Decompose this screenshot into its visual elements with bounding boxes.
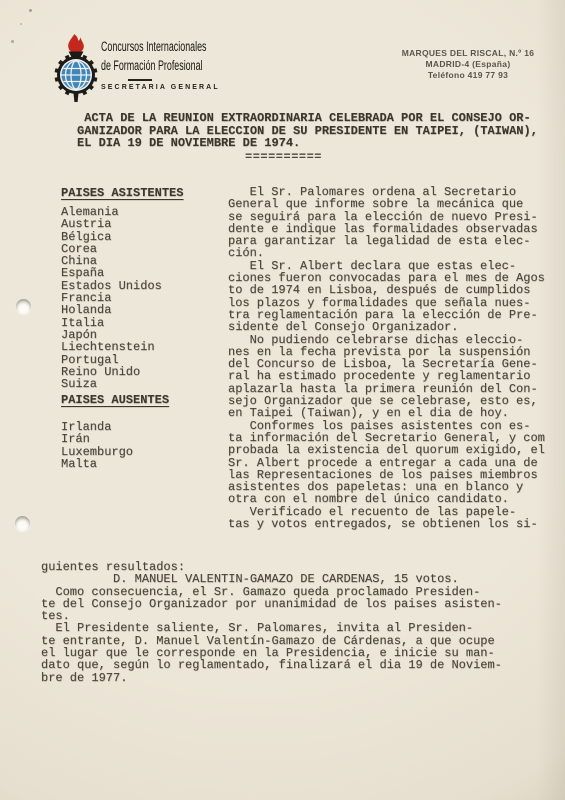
country-item: Suiza <box>61 378 183 390</box>
ink-speck <box>11 40 14 43</box>
org-name-line2: de Formación Profesional <box>101 56 180 75</box>
scanned-document-page: Concursos Internacionales de Formación P… <box>0 0 565 800</box>
secretariat-label: SECRETARIA GENERAL <box>101 84 221 91</box>
address-city: MADRID-4 (España) <box>384 59 552 70</box>
country-item: Portugal <box>61 354 183 366</box>
paragraph-mechanics: El Sr. Palomares ordena al Secretario Ge… <box>228 186 553 260</box>
title-text: ACTA DE LA REUNION EXTRAORDINARIA CELEBR… <box>41 112 538 150</box>
punch-hole-bottom <box>15 516 30 531</box>
letterhead-address: MARQUES DEL RISCAL, N.º 16 MADRID-4 (Esp… <box>384 48 552 80</box>
paragraph-count: Verificado el recuento de las papele- ta… <box>228 506 553 531</box>
letterhead-divider <box>128 79 152 81</box>
absentees-section: PAISES AUSENTES Irlanda Irán Luxemburgo … <box>61 393 169 470</box>
ink-speck <box>29 9 32 12</box>
absentees-heading: PAISES AUSENTES <box>61 393 169 407</box>
org-name: Concursos Internacionales de Formación P… <box>101 37 180 75</box>
title-separator: ========== <box>245 150 322 164</box>
country-item: Malta <box>61 458 169 470</box>
country-item: España <box>61 267 183 279</box>
absentees-list: Irlanda Irán Luxemburgo Malta <box>61 421 169 470</box>
torch-globe-gear-logo-icon <box>53 33 99 103</box>
paragraph-postponement: No pudiendo celebrarse dichas eleccio- n… <box>228 334 553 420</box>
punch-hole-top <box>16 299 31 314</box>
ink-speck <box>20 23 22 25</box>
body-bottom-section: guientes resultados: D. MANUEL VALENTIN-… <box>41 561 556 684</box>
attendees-list: Alemania Austria Bélgica Corea China Esp… <box>61 206 183 390</box>
country-item: Austria <box>61 218 183 230</box>
attendees-heading: PAISES ASISTENTES <box>61 186 183 200</box>
document-title: ACTA DE LA REUNION EXTRAORDINARIA CELEBR… <box>41 112 538 150</box>
org-name-line1: Concursos Internacionales <box>101 37 180 56</box>
country-item: Holanda <box>61 304 183 316</box>
country-item: Irán <box>61 433 169 445</box>
paragraph-ballots: Conformes los paises asistentes con es- … <box>228 420 553 506</box>
votes-result-line: D. MANUEL VALENTIN-GAMAZO DE CARDENAS, 1… <box>41 573 556 585</box>
corner-crease-mark <box>0 0 33 7</box>
address-phone: Teléfono 419 77 93 <box>384 70 552 81</box>
paragraph-proclamation: Como consecuencia, el Sr. Gamazo queda p… <box>41 586 556 623</box>
body-column: El Sr. Palomares ordena al Secretario Ge… <box>228 186 553 530</box>
paragraph-convocation: El Sr. Albert declara que estas elec- ci… <box>228 260 553 334</box>
address-street: MARQUES DEL RISCAL, N.º 16 <box>384 48 552 59</box>
letterhead-org-block: Concursos Internacionales de Formación P… <box>101 37 221 91</box>
paragraph-handover: El Presidente saliente, Sr. Palomares, i… <box>41 622 556 683</box>
attendees-section: PAISES ASISTENTES Alemania Austria Bélgi… <box>61 186 183 390</box>
country-item: Liechtenstein <box>61 341 183 353</box>
